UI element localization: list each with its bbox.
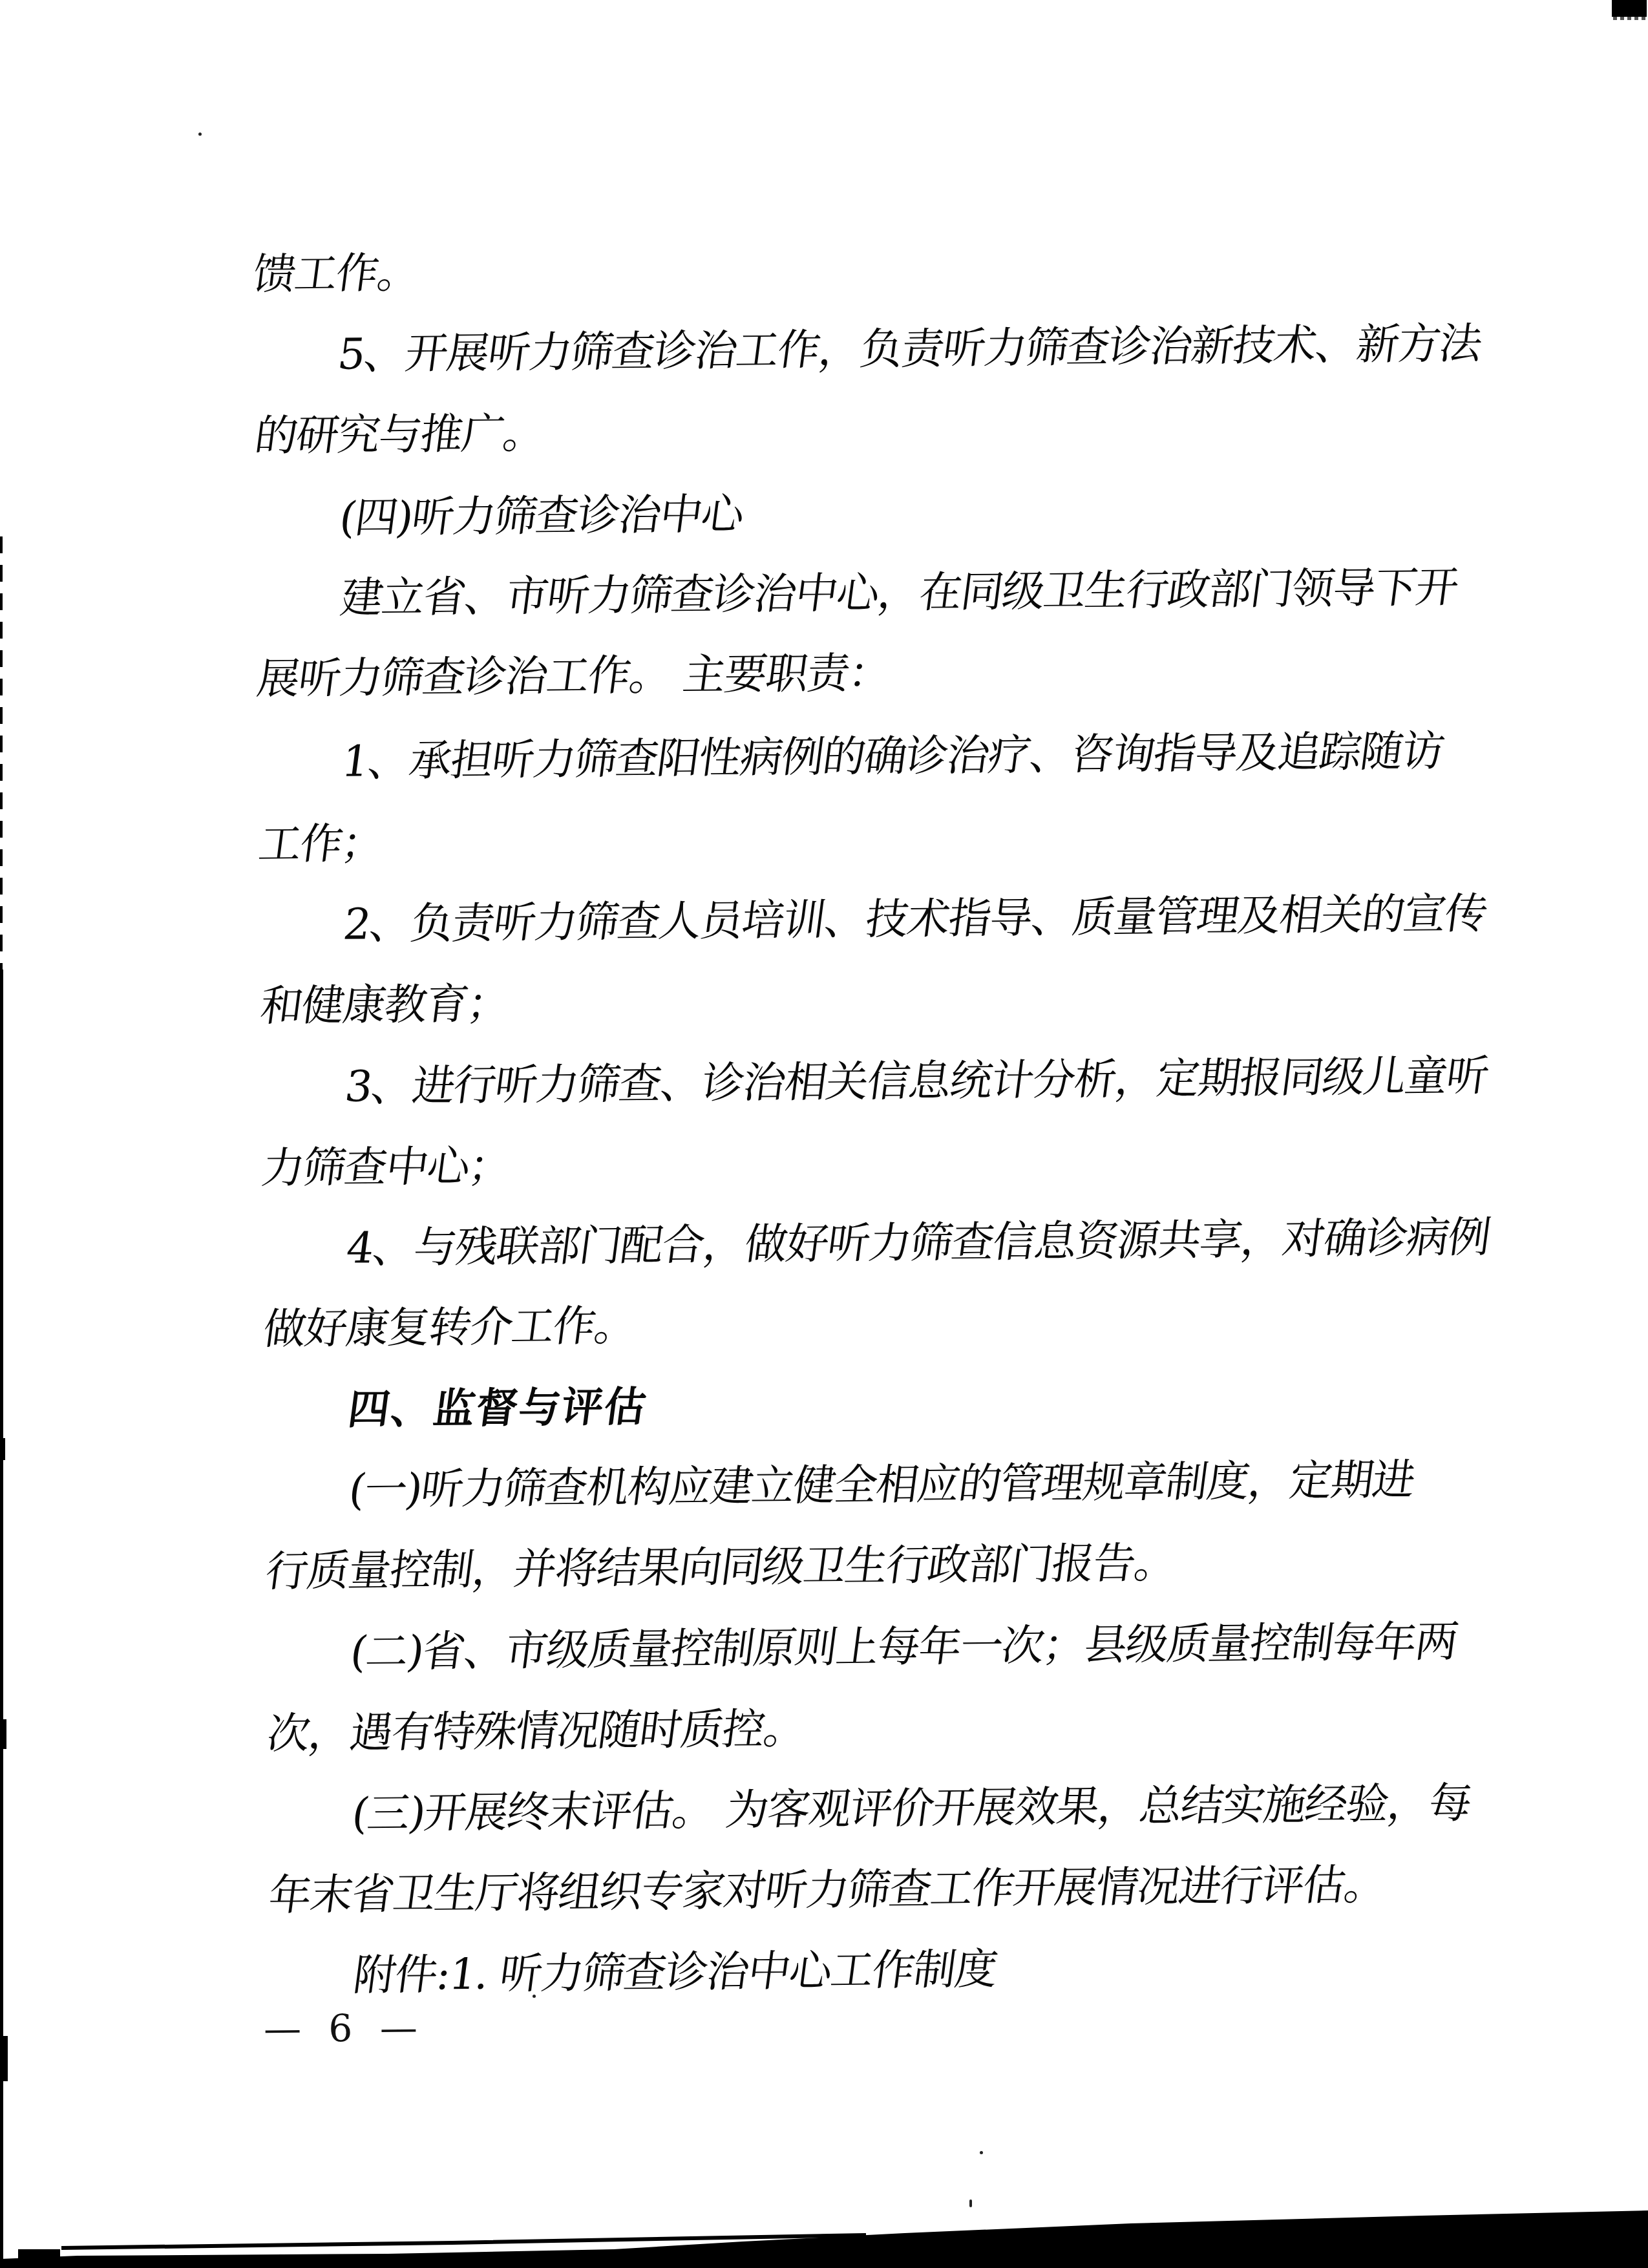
- scan-left-edge-artifact: [0, 1719, 6, 1749]
- text-line: 的研究与推广。: [252, 411, 547, 459]
- text-line: 4、与残联部门配合，做好听力筛查信息资源共享，对确诊病例: [344, 1215, 1492, 1271]
- scan-corner-mark: [1613, 17, 1645, 20]
- scan-speck: [198, 132, 202, 136]
- scan-speck: [1468, 911, 1472, 915]
- text-line: (四)听力筛查诊治中心: [337, 492, 746, 541]
- scan-speck: [533, 1995, 536, 1998]
- page-number: — 6 —: [264, 2006, 425, 2051]
- scan-speck: [969, 2199, 972, 2207]
- scanned-document-page: 馈工作。 5、开展听力筛查诊治工作，负责听力筛查诊治新技术、新方法 的研究与推广…: [0, 0, 1648, 2268]
- text-line: 附件:1. 听力筛查诊治中心工作制度: [351, 1947, 999, 1998]
- text-line: (二)省、市级质量控制原则上每年一次；县级质量控制每年两: [348, 1619, 1460, 1675]
- text-line: 2、负责听力筛查人员培训、技术指导、质量管理及相关的宣传: [341, 891, 1489, 948]
- text-line: (三)开展终末评估。 为客观评价开展效果，总结实施经验，每: [349, 1781, 1474, 1837]
- scan-left-edge-artifact: [0, 536, 3, 989]
- text-line: 次，遇有特殊情况随时质控。: [264, 1706, 808, 1757]
- text-line: 馈工作。: [251, 251, 422, 298]
- scan-bottom-band: [0, 2190, 1648, 2268]
- scan-corner-mark: [1612, 0, 1647, 17]
- text-line: 1、承担听力筛查阳性病例的确诊治疗、咨询指导及追踪随访: [339, 728, 1446, 784]
- text-line: 和健康教育；: [257, 981, 511, 1029]
- text-line: 力筛查中心；: [259, 1143, 513, 1191]
- text-line: 展听力筛查诊治工作。 主要职责：: [255, 651, 893, 702]
- text-line: 年末省卫生厅将组织专家对听力筛查工作开展情况进行评估。: [266, 1862, 1389, 1918]
- scan-speck: [980, 2151, 983, 2154]
- text-line: 3、进行听力筛查、诊治相关信息统计分析，定期报同级儿童听: [343, 1054, 1491, 1110]
- text-line: 工作；: [256, 821, 386, 867]
- section-heading: 四、监督与评估: [345, 1384, 650, 1433]
- text-line: (一)听力筛查机构应建立健全相应的管理规章制度，定期进: [346, 1457, 1417, 1513]
- text-line: 5、开展听力筛查诊治工作，负责听力筛查诊治新技术、新方法: [335, 321, 1484, 377]
- scan-left-edge-artifact: [0, 2036, 8, 2081]
- document-text-column: 馈工作。 5、开展听力筛查诊治工作，负责听力筛查诊治新技术、新方法 的研究与推广…: [0, 0, 1648, 2268]
- text-line: 行质量控制，并将结果向同级卫生行政部门报告。: [263, 1540, 1179, 1595]
- scan-left-edge-artifact: [0, 1438, 5, 1460]
- text-line: 做好康复转介工作。: [260, 1303, 639, 1352]
- text-line: 建立省、市听力筛查诊治中心，在同级卫生行政部门领导下开: [337, 565, 1460, 621]
